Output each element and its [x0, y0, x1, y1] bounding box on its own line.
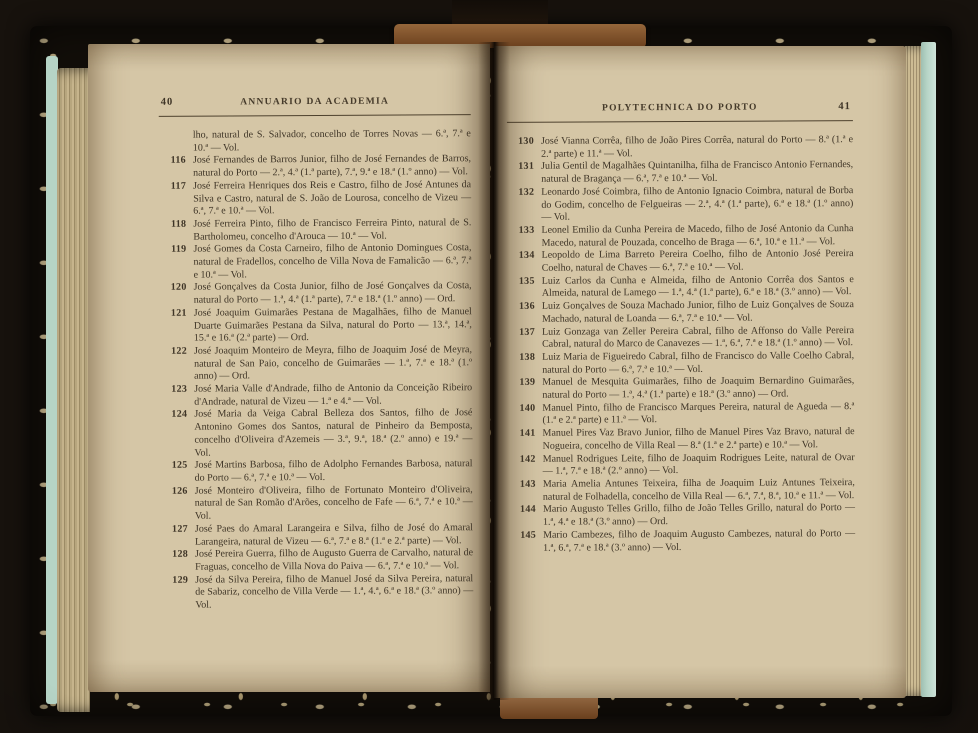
entry-row: 118José Ferreira Pinto, filho de Francis… [159, 217, 471, 244]
entry-row: 122José Joaquim Monteiro de Meyra, filho… [160, 344, 472, 384]
entry-number: 118 [159, 219, 186, 232]
entry-text: José Fernandes de Barros Junior, filho d… [193, 154, 471, 179]
right-page: POLYTECHNICA DO PORTO 41 130José Vianna … [494, 46, 906, 698]
entry-row: 142Manuel Rodrigues Leite, filho de Joaq… [509, 452, 855, 479]
entry-text: Mario Augusto Telles Grillo, filho de Jo… [543, 502, 855, 527]
entry-text: José Pereira Guerra, filho de Augusto Gu… [195, 547, 473, 572]
entry-number: 130 [507, 136, 534, 149]
entry-row: 143Maria Amelia Antunes Teixeira, filha … [509, 477, 855, 504]
left-header-rule [159, 114, 471, 117]
right-page-text-block: POLYTECHNICA DO PORTO 41 130José Vianna … [507, 101, 855, 555]
entry-text: José Ferreira Pinto, filho de Francisco … [193, 217, 471, 242]
entry-row: 128José Pereira Guerra, filho de Augusto… [161, 547, 473, 574]
entry-number: 128 [161, 549, 188, 562]
entry-number: 134 [508, 250, 535, 263]
entry-row: 116José Fernandes de Barros Junior, filh… [159, 154, 471, 181]
entry-number: 133 [507, 225, 534, 238]
entry-row: 137Luiz Gonzaga van Zeller Pereira Cabra… [508, 325, 854, 352]
left-entries: 116José Fernandes de Barros Junior, filh… [159, 154, 473, 613]
entry-text: Leonardo José Coimbra, filho de Antonio … [541, 185, 853, 223]
right-entries-list: 130José Vianna Corrêa, filho de João Pir… [507, 134, 855, 555]
entry-text: Luiz Maria de Figueiredo Cabral, filho d… [542, 350, 854, 375]
entry-text: Mario Cambezes, filho de Joaquim Augusto… [543, 528, 855, 553]
entry-row: 120José Gonçalves da Costa Junior, filho… [160, 281, 472, 308]
entry-text: Manuel Pires Vaz Bravo Junior, filho de … [543, 426, 855, 451]
page-stack-edge-right [905, 46, 922, 696]
entry-row: 119José Gomes da Costa Carneiro, filho d… [159, 243, 471, 283]
entry-number: 116 [159, 155, 186, 168]
entry-text: José Monteiro d'Oliveira, filho de Fortu… [195, 484, 473, 522]
entry-number: 125 [161, 460, 188, 473]
entry-row: 145Mario Cambezes, filho de Joaquim Augu… [509, 528, 855, 555]
left-header-title: ANNUARIO DA ACADEMIA [159, 95, 471, 109]
entry-number: 141 [509, 428, 536, 441]
entry-row: 141Manuel Pires Vaz Bravo Junior, filho … [509, 426, 855, 453]
entry-number: 132 [507, 187, 534, 200]
entry-row: 132Leonardo José Coimbra, filho de Anton… [507, 185, 853, 225]
entry-number: 121 [160, 308, 187, 321]
entry-number: 138 [508, 352, 535, 365]
entry-number: 137 [508, 326, 535, 339]
entry-text: Maria Amelia Antunes Teixeira, filha de … [543, 477, 855, 502]
right-header-rule [507, 120, 853, 123]
entry-row: 131Julia Gentil de Magalhães Quintanilha… [507, 160, 853, 187]
entry-number: 145 [509, 530, 536, 543]
entry-row: 136Luiz Gonçalves de Souza Machado Junio… [508, 299, 854, 326]
entry-row: 138Luiz Maria de Figueiredo Cabral, filh… [508, 350, 854, 377]
left-page: 40 ANNUARIO DA ACADEMIA lho, natural de … [88, 44, 490, 692]
entry-row: 124José Maria da Veiga Cabral Belleza do… [160, 408, 472, 460]
entry-number: 139 [508, 377, 535, 390]
left-entries-list: lho, natural de S. Salvador, concelho de… [159, 128, 474, 612]
entry-text: José Joaquim Guimarães Pestana de Magalh… [194, 306, 472, 344]
entry-row: 126José Monteiro d'Oliveira, filho de Fo… [161, 484, 473, 524]
entry-text: José Ferreira Henriques dos Reis e Castr… [193, 179, 471, 217]
entry-number: 117 [159, 180, 186, 193]
right-page-header: POLYTECHNICA DO PORTO 41 [507, 101, 853, 118]
entry-text: Manuel de Mesquita Guimarães, filho de J… [542, 375, 854, 400]
entry-row: 121José Joaquim Guimarães Pestana de Mag… [160, 306, 472, 346]
entry-row: 129José da Silva Pereira, filho de Manue… [161, 573, 473, 613]
entry-text: José Paes do Amaral Larangeira e Silva, … [195, 522, 473, 547]
entry-number: 123 [160, 384, 187, 397]
entry-text: José Maria Valle d'Andrade, filho de Ant… [194, 382, 472, 407]
entry-number: 135 [508, 275, 535, 288]
entry-number: 140 [508, 403, 535, 416]
entry-number: 136 [508, 301, 535, 314]
entry-number: 131 [507, 161, 534, 174]
entry-row: 140Manuel Pinto, filho de Francisco Marq… [508, 401, 854, 428]
entry-text: José Maria da Veiga Cabral Belleza dos S… [194, 408, 472, 459]
continuation-paragraph: lho, natural de S. Salvador, concelho de… [159, 128, 471, 155]
entry-number: 142 [509, 453, 536, 466]
right-entries: 130José Vianna Corrêa, filho de João Pir… [507, 134, 855, 555]
entry-number: 129 [161, 574, 188, 587]
entry-row: 135Luiz Carlos da Cunha e Almeida, filho… [508, 274, 854, 301]
entry-number: 144 [509, 504, 536, 517]
left-page-number: 40 [161, 97, 174, 110]
entry-row: 123José Maria Valle d'Andrade, filho de … [160, 382, 472, 409]
entry-row: 139Manuel de Mesquita Guimarães, filho d… [508, 375, 854, 402]
entry-number: 143 [509, 479, 536, 492]
entry-row: 133Leonel Emilio da Cunha Pereira de Mac… [507, 223, 853, 250]
entry-text: Leopoldo de Lima Barreto Pereira Coelho,… [542, 248, 854, 273]
entry-text: José Joaquim Monteiro de Meyra, filho de… [194, 344, 472, 382]
left-page-text-block: 40 ANNUARIO DA ACADEMIA lho, natural de … [159, 95, 474, 612]
entry-text: José Gomes da Costa Carneiro, filho de A… [193, 243, 471, 281]
right-header-title: POLYTECHNICA DO PORTO [507, 101, 853, 116]
entry-text: Luiz Gonzaga van Zeller Pereira Cabral, … [542, 325, 854, 350]
entry-row: 130José Vianna Corrêa, filho de João Pir… [507, 134, 853, 161]
entry-row: 125José Martins Barbosa, filho de Adolph… [161, 458, 473, 485]
entry-text: José Vianna Corrêa, filho de João Pires … [541, 134, 853, 159]
endpaper-edge-right [921, 42, 936, 697]
entry-row: 134Leopoldo de Lima Barreto Pereira Coel… [508, 248, 854, 275]
scanned-book-photo: { "colors":{ "bg":"#17120d", "paper":"#d… [0, 0, 978, 733]
entry-row: 144Mario Augusto Telles Grillo, filho de… [509, 502, 855, 529]
entry-text: Luiz Gonçalves de Souza Machado Junior, … [542, 299, 854, 324]
entry-number: 126 [161, 485, 188, 498]
entry-text: José Gonçalves da Costa Junior, filho de… [194, 281, 472, 306]
left-page-header: 40 ANNUARIO DA ACADEMIA [159, 95, 471, 112]
entry-text: José da Silva Pereira, filho de Manuel J… [195, 573, 473, 611]
entry-row: 127José Paes do Amaral Larangeira e Silv… [161, 522, 473, 549]
entry-number: 122 [160, 346, 187, 359]
entry-number: 120 [160, 282, 187, 295]
page-stack-edge-left [57, 68, 90, 712]
entry-text: Julia Gentil de Magalhães Quintanilha, f… [541, 160, 853, 185]
entry-number: 127 [161, 523, 188, 536]
entry-row: 117José Ferreira Henriques dos Reis e Ca… [159, 179, 471, 219]
entry-number: 124 [160, 409, 187, 422]
entry-text: Leonel Emilio da Cunha Pereira de Macedo… [541, 223, 853, 248]
entry-text: José Martins Barbosa, filho de Adolpho F… [195, 458, 473, 483]
entry-text: Manuel Rodrigues Leite, filho de Joaquim… [543, 452, 855, 477]
right-page-number: 41 [838, 101, 851, 114]
entry-text: Manuel Pinto, filho de Francisco Marques… [542, 401, 854, 426]
entry-number: 119 [159, 244, 186, 257]
entry-text: Luiz Carlos da Cunha e Almeida, filho de… [542, 274, 854, 299]
